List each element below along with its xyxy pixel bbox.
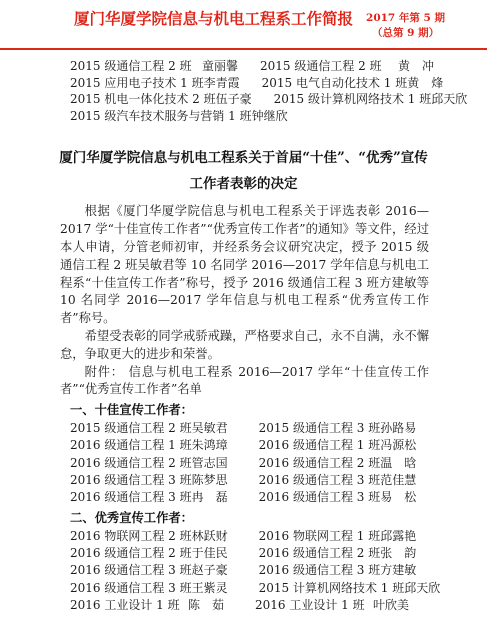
class-label: 2015 级汽车技术服务与营销 1 班	[70, 108, 252, 125]
student-name: 孙路易	[380, 420, 416, 437]
class-label: 2016 级通信工程 3 班	[70, 562, 192, 579]
award-row: 2015 应用电子技术 1 班 李青霞 2015 电气自动化技术 1 班 黄 烽	[70, 75, 477, 92]
student-name: 陈梦思	[192, 472, 259, 489]
class-label: 2016 级通信工程 1 班	[70, 437, 192, 454]
award-row: 2015 机电一体化技术 2 班 伍子豪 2015 级计算机网络技术 1 班 邱…	[70, 91, 477, 108]
award-row: 2016 级通信工程 3 班 陈梦思 2016 级通信工程 3 班 范佳慧	[70, 472, 477, 489]
class-label: 2016 级通信工程 3 班	[70, 472, 192, 489]
student-name: 温 晗	[380, 455, 416, 472]
student-name: 赵子豪	[192, 562, 259, 579]
issue-line2: （总第 9 期）	[366, 26, 445, 41]
class-label: 2016 级通信工程 3 班	[259, 472, 381, 489]
student-name: 易 松	[380, 489, 416, 506]
award-row: 2015 级通信工程 2 班 童丽馨 2015 级通信工程 2 班 黄 冲	[70, 58, 477, 75]
student-name: 黄 烽	[407, 75, 443, 92]
student-name: 吴敏君	[192, 420, 259, 437]
section2-heading: 二、优秀宣传工作者：	[70, 509, 487, 527]
masthead-divider	[0, 48, 487, 50]
class-label: 2015 级通信工程 2 班	[70, 420, 192, 437]
student-name: 管志国	[192, 455, 259, 472]
student-name: 冉 磊	[192, 489, 259, 506]
award-row: 2016 级通信工程 1 班 朱鸿璋 2016 级通信工程 1 班 冯源松	[70, 437, 477, 454]
class-label: 2016 级通信工程 1 班	[259, 437, 381, 454]
class-label: 2015 级通信工程 2 班	[70, 58, 202, 75]
class-label: 2016 物联网工程 1 班	[259, 528, 381, 545]
class-label	[310, 108, 448, 125]
class-label: 2016 工业设计 1 班	[255, 597, 373, 614]
paragraph-basis: 根据《厦门华厦学院信息与机电工程系关于评选表彰 2016—2017 学“十佳宣传…	[60, 203, 429, 328]
class-label: 2016 工业设计 1 班	[70, 597, 188, 614]
class-label: 2016 级通信工程 3 班	[70, 580, 192, 597]
award-row: 2016 级通信工程 2 班 于佳民 2016 级通信工程 2 班 张 韵	[70, 545, 477, 562]
decision-title-line2: 工作者表彰的决定	[0, 171, 487, 197]
award-row: 2016 工业设计 1 班 陈 茹 2016 工业设计 1 班 叶欣美	[70, 597, 477, 614]
class-label: 2016 级通信工程 2 班	[259, 545, 381, 562]
issue-number: 2017 年第 5 期 （总第 9 期）	[366, 9, 445, 40]
section1-heading: 一、十佳宣传工作者：	[70, 401, 487, 419]
issue-line1: 2017 年第 5 期	[366, 11, 445, 26]
class-label: 2016 级通信工程 3 班	[259, 489, 381, 506]
student-name: 李青霞	[204, 75, 262, 92]
class-label: 2016 级通信工程 2 班	[70, 455, 192, 472]
carryover-award-list: 2015 级通信工程 2 班 童丽馨 2015 级通信工程 2 班 黄 冲 20…	[70, 58, 477, 124]
attachment-note: 附件： 信息与机电工程系 2016—2017 学年“十佳宣传工作者”“优秀宣传工…	[60, 364, 429, 400]
award-row: 2015 级通信工程 2 班 吴敏君 2015 级通信工程 3 班 孙路易	[70, 420, 477, 437]
award-row: 2016 级通信工程 3 班 王紫灵 2015 计算机网络技术 1 班 邱天欣	[70, 580, 477, 597]
class-label: 2015 级计算机网络技术 1 班	[274, 91, 432, 108]
award-row: 2016 级通信工程 3 班 赵子豪 2016 级通信工程 3 班 方建敏	[70, 562, 477, 579]
student-name: 王紫灵	[192, 580, 259, 597]
class-label: 2016 级通信工程 3 班	[70, 489, 192, 506]
award-row: 2015 级汽车技术服务与营销 1 班 钟继欣	[70, 108, 477, 125]
class-label: 2015 电气自动化技术 1 班	[262, 75, 408, 92]
student-name: 朱鸿璋	[192, 437, 259, 454]
student-name: 张 韵	[380, 545, 416, 562]
award-row: 2016 级通信工程 3 班 冉 磊 2016 级通信工程 3 班 易 松	[70, 489, 477, 506]
bulletin-masthead: 厦门华厦学院信息与机电工程系工作简报 2017 年第 5 期 （总第 9 期）	[0, 0, 487, 40]
student-name: 冯源松	[380, 437, 416, 454]
class-label: 2015 应用电子技术 1 班	[70, 75, 204, 92]
bulletin-title: 厦门华厦学院信息与机电工程系工作简报	[74, 9, 353, 29]
student-name: 叶欣美	[373, 597, 409, 614]
student-name: 童丽馨	[202, 58, 260, 75]
class-label: 2015 计算机网络技术 1 班	[259, 580, 405, 597]
decision-title: 厦门华厦学院信息与机电工程系关于首届“十佳”、“优秀”宣传 工作者表彰的决定	[0, 145, 487, 197]
student-name: 林跃财	[192, 528, 259, 545]
class-label: 2015 级通信工程 2 班	[260, 58, 398, 75]
student-name: 钟继欣	[252, 108, 310, 125]
student-name: 于佳民	[192, 545, 259, 562]
top-ten-award-list: 2015 级通信工程 2 班 吴敏君 2015 级通信工程 3 班 孙路易 20…	[70, 420, 477, 506]
class-label: 2016 级通信工程 2 班	[70, 545, 192, 562]
class-label: 2016 物联网工程 2 班	[70, 528, 192, 545]
student-name: 陈 茹	[188, 597, 255, 614]
student-name: 邱露艳	[380, 528, 416, 545]
paragraph-hope: 希望受表彰的同学戒骄戒躁，严格要求自己，永不自满，永不懈怠，争取更大的进步和荣誉…	[60, 328, 429, 364]
decision-title-line1: 厦门华厦学院信息与机电工程系关于首届“十佳”、“优秀”宣传	[0, 145, 487, 171]
class-label: 2015 机电一体化技术 2 班	[70, 91, 216, 108]
student-name: 范佳慧	[380, 472, 416, 489]
award-row: 2016 物联网工程 2 班 林跃财 2016 物联网工程 1 班 邱露艳	[70, 528, 477, 545]
student-name: 黄 冲	[398, 58, 434, 75]
student-name: 伍子豪	[216, 91, 274, 108]
student-name: 方建敏	[380, 562, 416, 579]
student-name: 邱天欣	[431, 91, 467, 108]
class-label: 2016 级通信工程 3 班	[259, 562, 381, 579]
excellent-award-list: 2016 物联网工程 2 班 林跃财 2016 物联网工程 1 班 邱露艳 20…	[70, 528, 477, 614]
student-name: 邱天欣	[404, 580, 440, 597]
award-row: 2016 级通信工程 2 班 管志国 2016 级通信工程 2 班 温 晗	[70, 455, 477, 472]
decision-body: 根据《厦门华厦学院信息与机电工程系关于评选表彰 2016—2017 学“十佳宣传…	[60, 203, 429, 399]
class-label: 2016 级通信工程 2 班	[259, 455, 381, 472]
class-label: 2015 级通信工程 3 班	[259, 420, 381, 437]
